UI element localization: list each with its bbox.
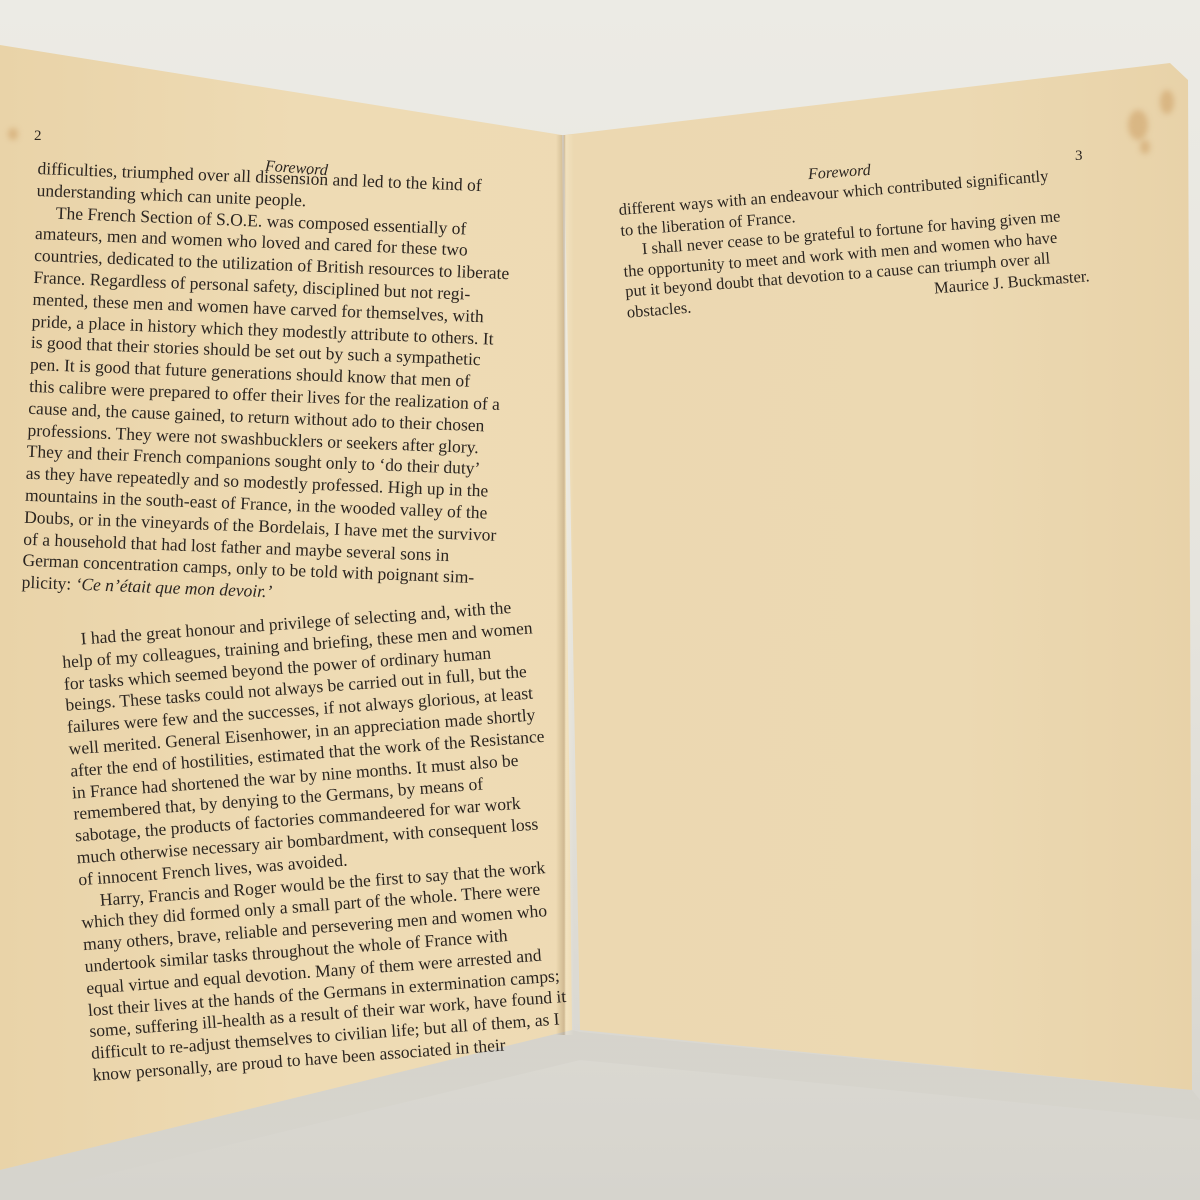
foxing-stain — [1128, 110, 1148, 140]
open-book: 2 Foreword difficulties, triumphed over … — [0, 0, 1200, 1200]
text-fragment: plicity: — [21, 572, 76, 594]
foxing-stain — [8, 128, 18, 140]
page-number-left: 2 — [34, 128, 42, 145]
foxing-stain — [1160, 90, 1174, 114]
page-number-right: 3 — [1075, 148, 1083, 165]
left-page-body-upper: difficulties, triumphed over all dissens… — [21, 158, 537, 613]
foxing-stain — [1140, 140, 1150, 154]
left-page-body-lower: I had the great honour and privilege of … — [60, 595, 572, 1087]
